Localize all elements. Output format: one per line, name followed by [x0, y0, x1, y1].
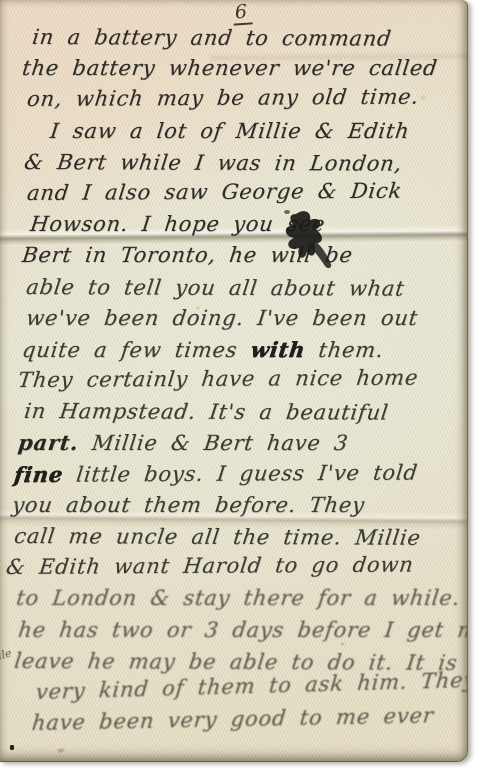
- margin-ink-dot: [10, 745, 14, 750]
- letter-body: in a battery and to command the battery …: [0, 25, 457, 742]
- letter-line: fine little boys. I guess I've told: [12, 459, 461, 493]
- letter-line: to London & stay there for a while. If: [14, 586, 461, 617]
- letter-line: you about them before. They: [10, 493, 461, 524]
- letter-line: part. Millie & Bert have 3: [16, 430, 461, 461]
- letter-line: and I also saw George & Dick: [25, 178, 461, 212]
- letter-line: & Edith want Harold to go down: [4, 552, 461, 586]
- letter-line: I saw a lot of Millie & Edith: [48, 119, 461, 150]
- letter-line: have been very good to me ever: [30, 703, 461, 742]
- letter-paper: 6 in a battery and to command the batter…: [0, 0, 468, 762]
- page-number: 6: [232, 0, 253, 25]
- letter-line: They certainly have a nice home: [16, 365, 461, 399]
- letter-line: he has two or 3 days before I get my: [16, 618, 461, 649]
- emphasized-word: part.: [17, 430, 80, 455]
- scanned-letter: 6 in a battery and to command the batter…: [0, 0, 478, 772]
- letter-line: in Hampstead. It's a beautiful: [22, 399, 461, 432]
- letter-line-segment: Millie & Bert have 3: [77, 431, 350, 455]
- letter-line: in a battery and to command: [30, 25, 461, 58]
- letter-line: on, which may be any old time.: [25, 85, 461, 119]
- letter-line: quite a few times with them.: [20, 337, 461, 368]
- corrected-word: with: [249, 337, 306, 362]
- letter-line-segment: little boys. I guess I've told: [62, 460, 420, 486]
- letter-line: able to tell you all about what: [24, 275, 461, 308]
- letter-line: Howson. I hope you see: [28, 212, 461, 243]
- letter-line: we've been doing. I've been out: [24, 306, 461, 337]
- corrected-word: fine: [13, 461, 65, 486]
- letter-line: the battery whenever we're called: [20, 56, 461, 87]
- letter-line-segment: quite a few times: [21, 338, 253, 362]
- letter-line-segment: them.: [304, 338, 385, 362]
- age-spot: [57, 748, 65, 753]
- letter-line: Bert in Toronto, he will be: [20, 243, 461, 274]
